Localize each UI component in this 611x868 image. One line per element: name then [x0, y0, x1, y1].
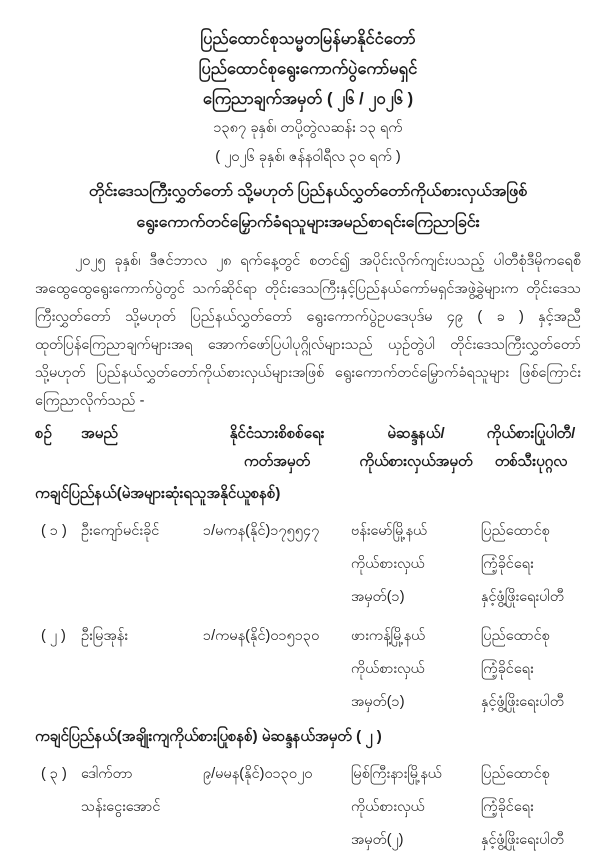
row-party-line1: ပြည်ထောင်စုကြံ့ခိုင်ရေး [481, 758, 581, 824]
date-myanmar-era: ၁၃၈၇ ခုနှစ်၊ တပို့တွဲလဆန်း ၁၃ ရက် [35, 114, 581, 143]
commission-title: ပြည်ထောင်စုရွေးကောက်ပွဲကော်မရှင် [35, 54, 581, 84]
row-serial: ( ၁ ) [35, 515, 81, 548]
body-paragraph: ၂၀၂၅ ခုနှစ်၊ ဒီဇင်ဘာလ ၂၈ ရက်နေ့တွင် စတင်… [35, 247, 581, 415]
row-name-line2: သန်းငွေးအောင် [81, 791, 203, 824]
row-name: ဒေါက်တာ သန်းငွေးအောင် [81, 758, 203, 824]
row-party-line1: ပြည်ထောင်စုကြံ့ခိုင်ရေး [481, 515, 581, 581]
col-header-name: အမည် [81, 420, 203, 448]
row-party: ပြည်ထောင်စုကြံ့ခိုင်ရေး နှင့်ဖွံ့ဖြိုးရေ… [481, 620, 581, 719]
row-name-line1: ဦးမြအုန်း [81, 620, 203, 653]
row-constituency-line3: အမှတ်(၁) [351, 581, 481, 614]
table-row: ( ၂ ) ဦးမြအုန်း ၁/ကမန(နိုင်)၀၁၅၁၃၀ ဖားကန… [35, 620, 581, 719]
row-constituency-line1: ဖားကန့်မြို့နယ် [351, 620, 481, 653]
row-constituency: မြစ်ကြီးနားမြို့နယ် ကိုယ်စားလှယ် အမှတ်(၂… [351, 758, 481, 857]
table-row: ( ၃ ) ဒေါက်တာ သန်းငွေးအောင် ၉/မမန(နိုင်)… [35, 758, 581, 857]
row-constituency: ဗန်းမော်မြို့နယ် ကိုယ်စားလှယ် အမှတ်(၁) [351, 515, 481, 614]
row-name: ဦးမြအုန်း [81, 620, 203, 653]
results-table: စဉ် အမည် နိုင်ငံသားစိစစ်ရေး ကတ်အမှတ် မဲဆ… [35, 420, 581, 857]
row-party-line2: နှင့်ဖွံ့ဖြိုးရေးပါတီ [481, 581, 581, 614]
row-nrc: ၉/မမန(နိုင်)၀၁၃၀၂၀ [203, 758, 351, 791]
row-name-line1: ဦးကျော်မင်းခိုင် [81, 515, 203, 548]
row-constituency-line2: ကိုယ်စားလှယ် [351, 791, 481, 824]
section-heading-fptp: ကချင်ပြည်နယ်(မဲအများဆုံးရသူအနိုင်ယူစနစ်) [35, 479, 581, 509]
row-party-line1: ပြည်ထောင်စုကြံ့ခိုင်ရေး [481, 620, 581, 686]
announcement-number: ကြေညာချက်အမှတ် ( ၂၆ / ၂၀၂၆ ) [35, 84, 581, 114]
row-constituency-line3: အမှတ်(၂) [351, 824, 481, 857]
date-gregorian: ( ၂၀၂၆ ခုနှစ်၊ ဇန်နဝါရီလ ၃၀ ရက် ) [35, 143, 581, 172]
row-constituency-line2: ကိုယ်စားလှယ် [351, 548, 481, 581]
col-header-party: ကိုယ်စားပြုပါတီ/ တစ်သီးပုဂ္ဂလ [481, 420, 581, 476]
col-header-nrc: နိုင်ငံသားစိစစ်ရေး ကတ်အမှတ် [203, 420, 351, 476]
section-heading-pr: ကချင်ပြည်နယ်(အချိုးကျကိုယ်စားပြုစနစ်) မဲ… [35, 722, 581, 752]
country-title: ပြည်ထောင်စုသမ္မတမြန်မာနိုင်ငံတော် [35, 24, 581, 54]
row-name: ဦးကျော်မင်းခိုင် [81, 515, 203, 548]
row-constituency-line1: မြစ်ကြီးနားမြို့နယ် [351, 758, 481, 791]
row-party-line2: နှင့်ဖွံ့ဖြိုးရေးပါတီ [481, 686, 581, 719]
col-header-nrc-line2: ကတ်အမှတ် [203, 448, 351, 476]
subject-heading: တိုင်းဒေသကြီးလွှတ်တော် သို့မဟုတ် ပြည်နယ်… [35, 176, 581, 238]
row-party: ပြည်ထောင်စုကြံ့ခိုင်ရေး နှင့်ဖွံ့ဖြိုးရေ… [481, 758, 581, 857]
col-header-constituency: မဲဆန္ဒနယ်/ ကိုယ်စားလှယ်အမှတ် [351, 420, 481, 476]
subject-line-2: ရွေးကောက်တင်မြှောက်ခံရသူများအမည်စာရင်းကြ… [35, 207, 581, 238]
table-header-row: စဉ် အမည် နိုင်ငံသားစိစစ်ရေး ကတ်အမှတ် မဲဆ… [35, 420, 581, 476]
col-header-constituency-line1: မဲဆန္ဒနယ်/ [351, 420, 481, 448]
col-header-party-line1: ကိုယ်စားပြုပါတီ/ [481, 420, 581, 448]
document-header: ပြည်ထောင်စုသမ္မတမြန်မာနိုင်ငံတော် ပြည်ထေ… [35, 24, 581, 238]
row-constituency: ဖားကန့်မြို့နယ် ကိုယ်စားလှယ် အမှတ်(၁) [351, 620, 481, 719]
announcement-document: ပြည်ထောင်စုသမ္မတမြန်မာနိုင်ငံတော် ပြည်ထေ… [0, 0, 611, 868]
row-serial: ( ၂ ) [35, 620, 81, 653]
row-nrc: ၁/မကန(နိုင်)၁၇၅၅၄၇ [203, 515, 351, 548]
row-nrc: ၁/ကမန(နိုင်)၀၁၅၁၃၀ [203, 620, 351, 653]
row-constituency-line3: အမှတ်(၁) [351, 686, 481, 719]
row-constituency-line2: ကိုယ်စားလှယ် [351, 653, 481, 686]
row-party-line2: နှင့်ဖွံ့ဖြိုးရေးပါတီ [481, 824, 581, 857]
col-header-serial: စဉ် [35, 420, 81, 448]
col-header-nrc-line1: နိုင်ငံသားစိစစ်ရေး [203, 420, 351, 448]
col-header-constituency-line2: ကိုယ်စားလှယ်အမှတ် [351, 448, 481, 476]
row-serial: ( ၃ ) [35, 758, 81, 791]
row-party: ပြည်ထောင်စုကြံ့ခိုင်ရေး နှင့်ဖွံ့ဖြိုးရေ… [481, 515, 581, 614]
col-header-party-line2: တစ်သီးပုဂ္ဂလ [481, 448, 581, 476]
table-row: ( ၁ ) ဦးကျော်မင်းခိုင် ၁/မကန(နိုင်)၁၇၅၅၄… [35, 515, 581, 614]
row-constituency-line1: ဗန်းမော်မြို့နယ် [351, 515, 481, 548]
subject-line-1: တိုင်းဒေသကြီးလွှတ်တော် သို့မဟုတ် ပြည်နယ်… [35, 176, 581, 207]
row-name-line1: ဒေါက်တာ [81, 758, 203, 791]
